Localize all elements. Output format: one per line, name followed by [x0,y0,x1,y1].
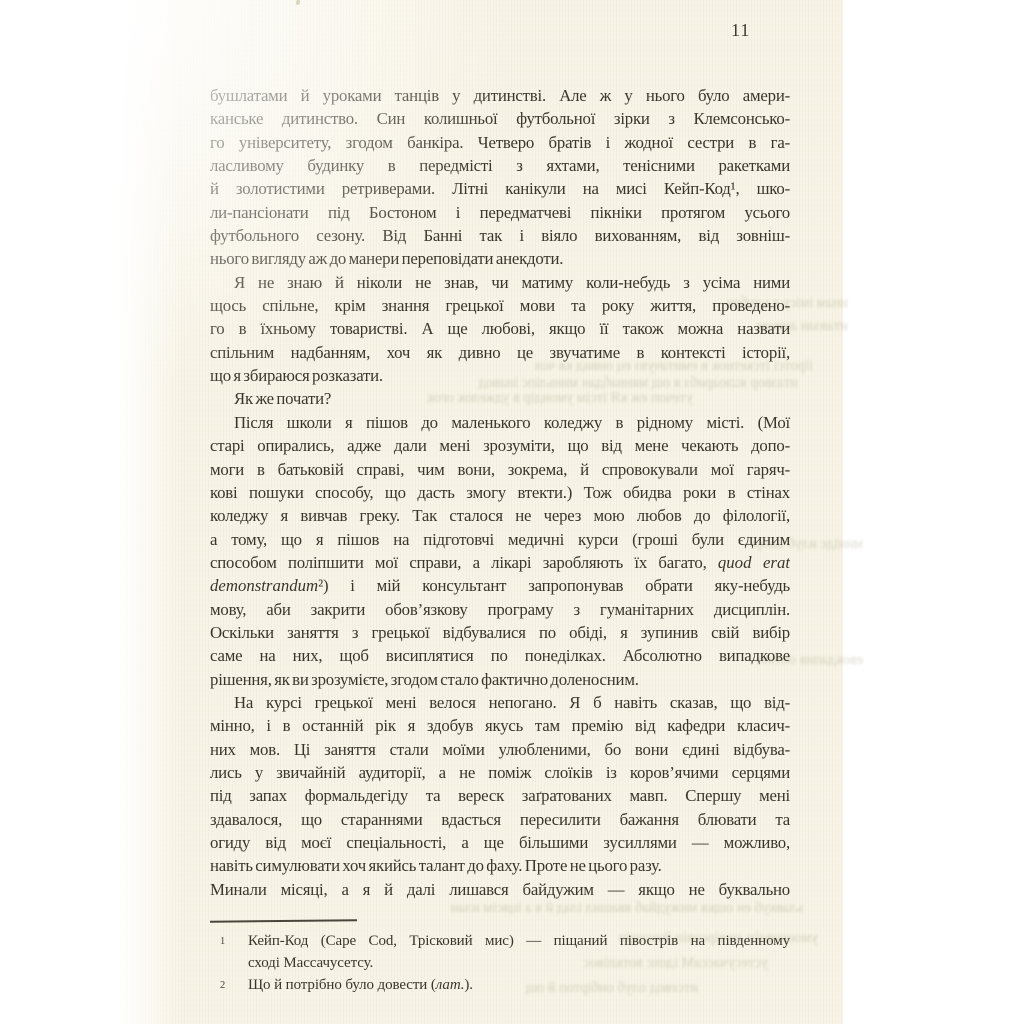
text-line: го університету, згодом банкіра. Четверо… [210,131,790,154]
text-line: під запах формальдегіду та вереск заґрат… [210,784,790,807]
text-line: й золотистими ретриверами. Літні канікул… [210,177,790,200]
footnote-line: сході Массачусетсу. [248,952,790,974]
footnote-marker: 2 [220,975,225,997]
text-line: футбольного сезону. Від Банні так і віял… [210,224,790,247]
text-line: коледжу я вивчав греку. Так сталося не ч… [210,504,790,527]
text-line: спільним надбанням, хоч як дивно це звуч… [210,341,790,364]
footnote-marker: 1 [220,931,225,953]
text-line: щось спільне, крім знання грецької мови … [210,294,790,317]
footnote-separator [210,919,357,923]
text-line: Як же почати? [210,387,790,410]
text-line: Минали місяці, а я й далі лишався байдуж… [210,878,790,901]
text-line: навіть симулювати хоч якийсь талант до ф… [210,854,790,877]
text-line: рішення, як ви зрозумієте, згодом стало … [210,668,790,691]
body-text: бушлатами й уроками танців у дитинстві. … [210,84,790,901]
footnote-entry: 2Що й потрібно було довести (лат.). [248,974,790,996]
text-line: канське дитинство. Син колишньої футболь… [210,107,790,130]
text-line: ли-пансіонати під Бостоном і передматчев… [210,201,790,224]
text-line: мінно, і в останній рік я здобув якусь т… [210,714,790,737]
page-number: 11 [731,20,750,41]
text-line: огиду від моєї спеціальності, а ще більш… [210,831,790,854]
text-line: мову, аби закрити обов’язкову програму з… [210,598,790,621]
text-line: а тому, що я пішов на підготовчі медичні… [210,528,790,551]
text-line: способом поліпшити мої справи, а лікарі … [210,551,790,574]
footnote-line: Що й потрібно було довести (лат.). [248,974,790,996]
scanned-book-page: { "page": { "number": "11", "background"… [0,0,1024,1024]
footnote-entry: 1Кейп-Код (Cape Cod, Трісковий мис) — пі… [248,930,790,974]
text-line: Після школи я пішов до маленького коледж… [210,411,790,434]
text-line: саме на них, щоб висиплятися по понеділк… [210,644,790,667]
text-line: бушлатами й уроками танців у дитинстві. … [210,84,790,107]
paper-speck [296,0,300,5]
text-line: Оскільки заняття з грецької відбувалися … [210,621,790,644]
text-line: що я збираюся розказати. [210,364,790,387]
text-line: На курсі грецької мені велося непогано. … [210,691,790,714]
text-line: Я не знаю й ніколи не знав, чи матиму ко… [210,271,790,294]
text-line: нього вигляду аж до манери переповідати … [210,247,790,270]
text-line: кові пошуки способу, що дасть змогу втек… [210,481,790,504]
text-line: го в їхньому товаристві. А ще любові, як… [210,317,790,340]
footnote-line: Кейп-Код (Cape Cod, Трісковий мис) — піщ… [248,930,790,952]
page-scan: инам імісу є ьдубенитавзан анжоміїротсі … [118,0,843,1024]
text-line: demonstrandum²) і мій консультант запроп… [210,574,790,597]
footnotes: 1Кейп-Код (Cape Cod, Трісковий мис) — пі… [248,930,790,996]
text-line: них мов. Ці заняття стали моїми улюблени… [210,738,790,761]
text-line: здавалося, що стараннями вдасться переси… [210,808,790,831]
text-line: лись у звичайній аудиторії, а не поміж с… [210,761,790,784]
text-line: моги в батьковій справі, чим вони, зокре… [210,458,790,481]
text-line: старі опирались, адже дали мені зрозуміт… [210,434,790,457]
text-line: ласливому будинку в передмісті з яхтами,… [210,154,790,177]
bleedthrough-line: ьлавкуб ен ощкя мижудйаб явашил ілад й я… [213,900,803,916]
